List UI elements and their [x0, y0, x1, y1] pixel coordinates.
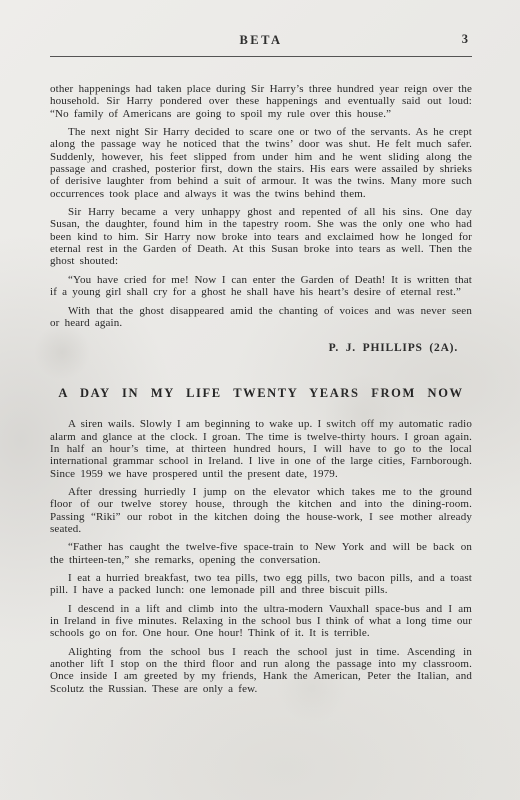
- paragraph: “Father has caught the twelve-five space…: [50, 541, 472, 566]
- story-ghost: other happenings had taken place during …: [50, 83, 472, 354]
- author-byline: P. J. PHILLIPS (2A).: [50, 342, 458, 354]
- story-title: A DAY IN MY LIFE TWENTY YEARS FROM NOW: [50, 386, 472, 401]
- paragraph: Alighting from the school bus I reach th…: [50, 646, 472, 695]
- story-continuation-paragraph: other happenings had taken place during …: [50, 83, 472, 120]
- paragraph: Sir Harry became a very unhappy ghost an…: [50, 206, 472, 268]
- paragraph: After dressing hurriedly I jump on the e…: [50, 486, 472, 535]
- story-day-in-life: A DAY IN MY LIFE TWENTY YEARS FROM NOW A…: [50, 386, 472, 695]
- page-number: 3: [462, 32, 468, 47]
- paragraph: With that the ghost disappeared amid the…: [50, 305, 472, 330]
- paragraph: A siren wails. Slowly I am beginning to …: [50, 418, 472, 480]
- header-rule: [50, 56, 472, 57]
- paragraph: The next night Sir Harry decided to scar…: [50, 126, 472, 200]
- paragraph: “You have cried for me! Now I can enter …: [50, 274, 472, 299]
- paragraph: I eat a hurried breakfast, two tea pills…: [50, 572, 472, 597]
- paragraph: I descend in a lift and climb into the u…: [50, 603, 472, 640]
- page-body: other happenings had taken place during …: [50, 83, 472, 695]
- page-header: BETA 3: [0, 0, 520, 48]
- journal-title: BETA: [50, 33, 472, 48]
- magazine-page: BETA 3 other happenings had taken place …: [0, 0, 520, 800]
